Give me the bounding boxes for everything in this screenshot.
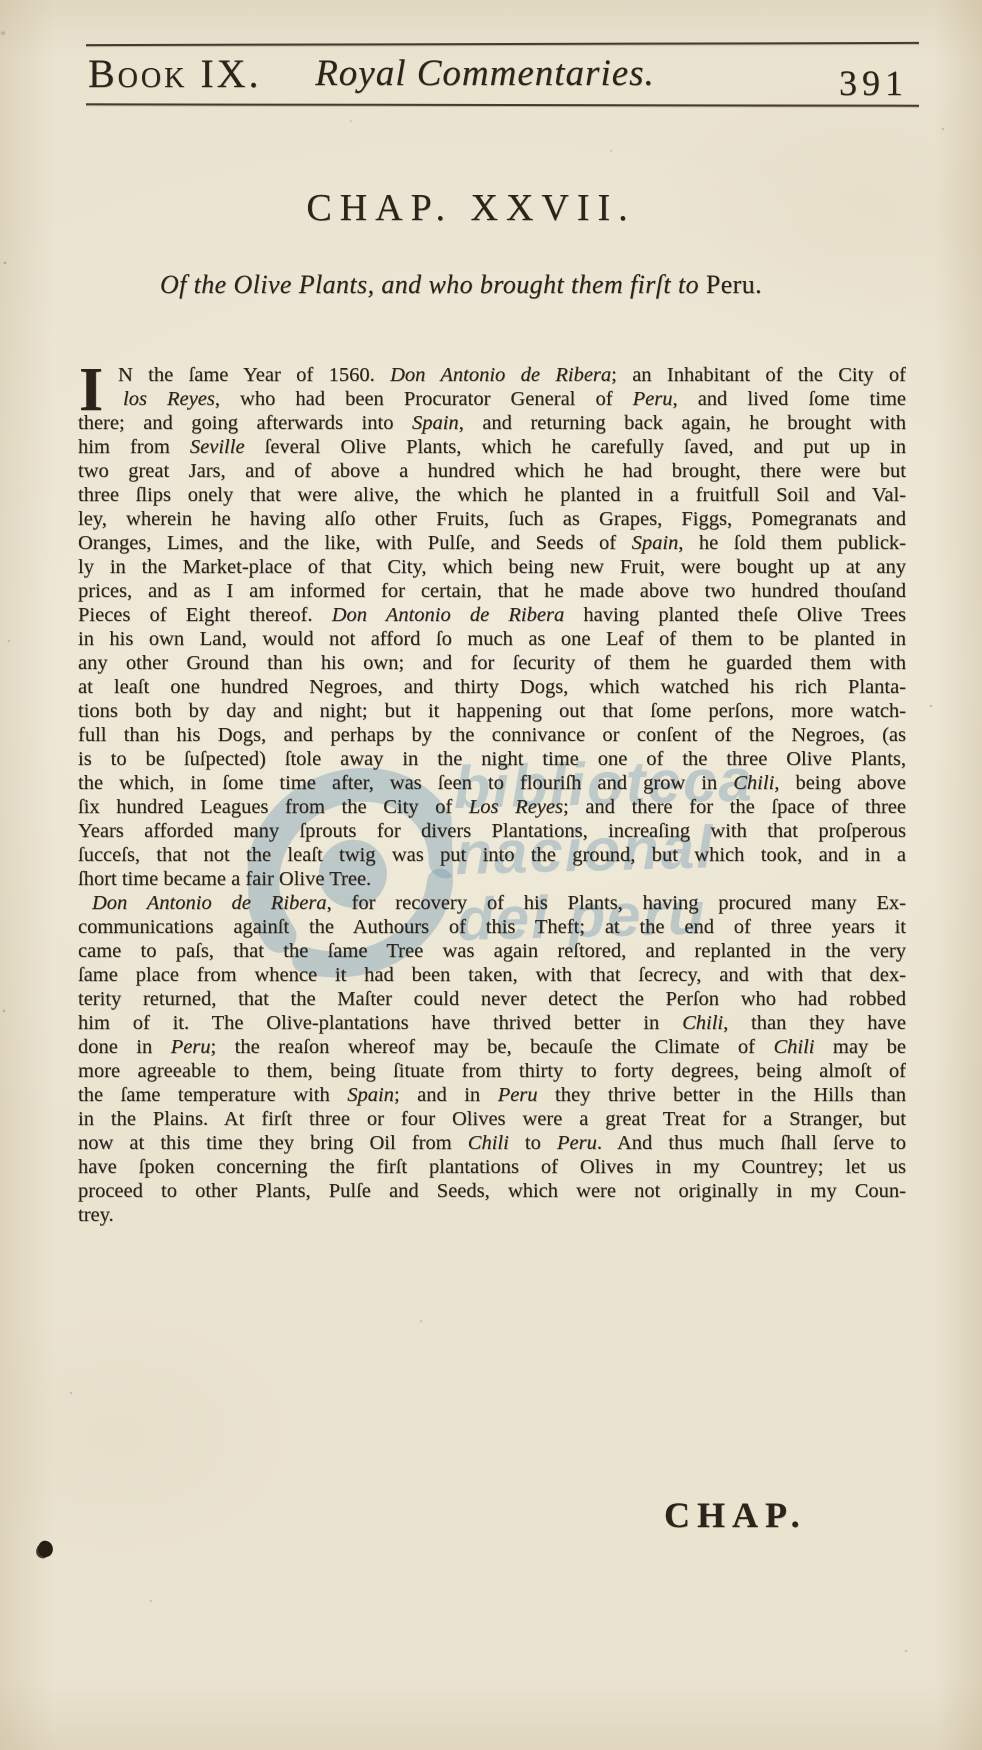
text-line: him from Seville ſeveral Olive Plants, w… xyxy=(78,435,906,459)
text-line: Pieces of Eight thereof. Don Antonio de … xyxy=(78,603,906,627)
text-segment: ; the reaſon whereof may be, becauſe the… xyxy=(211,1036,774,1058)
text-segment: at leaſt one hundred Negroes, and thirty… xyxy=(78,676,906,698)
text-line: the which, in ſome time after, was ſeen … xyxy=(78,771,906,795)
text-segment: done in xyxy=(78,1036,171,1058)
text-line: is to be ſuſpected) ſtole away in the ni… xyxy=(78,747,906,771)
ink-blot xyxy=(36,1539,55,1559)
text-segment: Spain xyxy=(412,412,459,434)
text-segment: Pieces of Eight thereof. xyxy=(78,604,332,626)
text-segment: , and lived ſome time xyxy=(673,388,907,410)
text-segment: , and returning back again, he brought w… xyxy=(459,412,906,434)
text-line: full than his Dogs, and perhaps by the c… xyxy=(78,723,906,747)
text-segment: full than his Dogs, and perhaps by the c… xyxy=(78,724,906,746)
text-segment: ; and there for the ſpace of three xyxy=(563,796,906,818)
header-rule-bottom xyxy=(86,103,919,106)
text-segment: Peru xyxy=(498,1084,538,1106)
text-segment: , he ſold them publick- xyxy=(678,532,906,554)
chapter-subtitle: Of the Olive Plants, and who brought the… xyxy=(0,270,952,300)
text-segment: . And thus much ſhall ſerve to xyxy=(597,1132,906,1154)
text-segment: may be xyxy=(814,1036,906,1058)
text-line: prices, and as I am informed for certain… xyxy=(78,579,906,603)
text-line: ſucceſs, that not the leaſt twig was put… xyxy=(78,843,906,867)
chapter-heading: CHAP. XXVII. xyxy=(0,186,962,230)
text-segment: , than they have xyxy=(723,1012,906,1034)
text-segment: , who had been Procurator General of xyxy=(215,388,633,410)
paragraph-2: Don Antonio de Ribera, for recovery of h… xyxy=(78,891,906,1227)
header-rule-top xyxy=(86,42,919,46)
text-segment: more agreeable to them, being ſituate fr… xyxy=(78,1060,906,1082)
text-line: Oranges, Limes, and the like, with Pulſe… xyxy=(78,531,906,555)
text-segment: the ſame temperature with xyxy=(78,1084,347,1106)
text-segment: Don Antonio de Ribera xyxy=(92,892,327,914)
text-segment: Seville xyxy=(190,436,245,458)
text-segment: Peru xyxy=(557,1132,597,1154)
text-segment: prices, and as I am informed for certain… xyxy=(78,580,906,602)
text-segment: three ſlips onely that were alive, the w… xyxy=(78,484,906,506)
text-segment: ſeveral Olive Plants, which he carefully… xyxy=(245,436,906,458)
page-number: 391 xyxy=(839,62,908,104)
text-line: Don Antonio de Ribera, for recovery of h… xyxy=(78,891,906,915)
text-line: ſix hundred Leagues from the City of Los… xyxy=(78,795,906,819)
text-segment: Spain xyxy=(347,1084,394,1106)
text-line: have ſpoken concerning the firſt plantat… xyxy=(78,1155,906,1179)
text-segment: Chili xyxy=(773,1036,814,1058)
text-segment: los Reyes xyxy=(123,388,215,410)
text-line: ly in the Market-place of that City, whi… xyxy=(78,555,906,579)
text-line: the ſame temperature with Spain; and in … xyxy=(78,1083,906,1107)
text-line: tions both by day and night; but it happ… xyxy=(78,699,906,723)
running-title: Royal Commentaries. xyxy=(0,52,976,95)
paper-specks xyxy=(0,0,2,2)
text-segment: communications againſt the Authours of t… xyxy=(78,916,906,938)
text-segment: tions both by day and night; but it happ… xyxy=(78,700,906,722)
text-segment: Los Reyes xyxy=(469,796,563,818)
text-segment: came to paſs, that the ſame Tree was aga… xyxy=(78,940,906,962)
text-segment: now at this time they bring Oil from xyxy=(78,1132,468,1154)
text-segment: ſame place from whence it had been taken… xyxy=(78,964,906,986)
text-segment: they thrive better in the Hills than xyxy=(538,1084,906,1106)
text-segment: trey. xyxy=(78,1204,114,1226)
text-segment: Years afforded many ſprouts for divers P… xyxy=(78,820,906,842)
text-segment: N the ſame Year of 1560. xyxy=(118,364,390,386)
text-segment: Chili xyxy=(468,1132,509,1154)
text-line: los Reyes, who had been Procurator Gener… xyxy=(78,387,906,411)
body-text: N the ſame Year of 1560. Don Antonio de … xyxy=(78,363,906,1227)
text-segment: ſucceſs, that not the leaſt twig was put… xyxy=(78,844,906,866)
text-segment: proceed to other Plants, Pulſe and Seeds… xyxy=(78,1180,906,1202)
text-segment: is to be ſuſpected) ſtole away in the ni… xyxy=(78,748,906,770)
text-segment: Peru xyxy=(633,388,673,410)
text-line: done in Peru; the reaſon whereof may be,… xyxy=(78,1035,906,1059)
text-segment: two great Jars, and of above a hundred w… xyxy=(78,460,906,482)
text-segment: in his own Land, would not afford ſo muc… xyxy=(78,628,906,650)
text-line: in his own Land, would not afford ſo muc… xyxy=(78,627,906,651)
text-segment: any other Ground than his own; and for ſ… xyxy=(78,652,906,674)
text-segment: to xyxy=(509,1132,557,1154)
text-line: now at this time they bring Oil from Chi… xyxy=(78,1131,906,1155)
text-segment: Peru xyxy=(171,1036,211,1058)
text-segment: ; and in xyxy=(394,1084,498,1106)
text-line: at leaſt one hundred Negroes, and thirty… xyxy=(78,675,906,699)
text-line: ley, wherein he having alſo other Fruits… xyxy=(78,507,906,531)
text-line: ſhort time became a fair Olive Tree. xyxy=(78,867,906,891)
book-page-scan: biblioteca nacional del peru Book IX. Ro… xyxy=(0,0,982,1750)
text-segment: having planted theſe Olive Trees xyxy=(564,604,906,626)
text-segment: have ſpoken concerning the firſt plantat… xyxy=(78,1156,906,1178)
text-segment: ; an Inhabitant of the City of xyxy=(611,364,906,386)
text-segment: him from xyxy=(78,436,190,458)
text-line: in the Plains. At firſt three or four Ol… xyxy=(78,1107,906,1131)
text-segment: Of the Olive Plants, and who brought the… xyxy=(160,270,706,299)
text-line: there; and going afterwards into Spain, … xyxy=(78,411,906,435)
text-segment: Chili xyxy=(733,772,774,794)
text-segment: Peru. xyxy=(706,270,762,299)
text-line: communications againſt the Authours of t… xyxy=(78,915,906,939)
drop-cap: I xyxy=(79,359,103,421)
text-segment: ſhort time became a fair Olive Tree. xyxy=(78,868,371,890)
text-segment: there; and going afterwards into xyxy=(78,412,412,434)
text-segment: ley, wherein he having alſo other Fruits… xyxy=(78,508,906,530)
text-line: Years afforded many ſprouts for divers P… xyxy=(78,819,906,843)
text-line: ſame place from whence it had been taken… xyxy=(78,963,906,987)
text-line: came to paſs, that the ſame Tree was aga… xyxy=(78,939,906,963)
text-segment: Oranges, Limes, and the like, with Pulſe… xyxy=(78,532,632,554)
text-line: any other Ground than his own; and for ſ… xyxy=(78,651,906,675)
text-line: terity returned, that the Maſter could n… xyxy=(78,987,906,1011)
text-segment: Don Antonio de Ribera xyxy=(390,364,611,386)
text-line: three ſlips onely that were alive, the w… xyxy=(78,483,906,507)
text-line: more agreeable to them, being ſituate fr… xyxy=(78,1059,906,1083)
text-line: trey. xyxy=(78,1203,906,1227)
text-segment: ſix hundred Leagues from the City of xyxy=(78,796,469,818)
text-segment: Spain xyxy=(632,532,679,554)
text-segment: the which, in ſome time after, was ſeen … xyxy=(78,772,733,794)
text-segment: in the Plains. At firſt three or four Ol… xyxy=(78,1108,906,1130)
text-segment: Chili xyxy=(682,1012,723,1034)
text-segment: him of it. The Olive-plantations have th… xyxy=(78,1012,682,1034)
text-line: him of it. The Olive-plantations have th… xyxy=(78,1011,906,1035)
text-line: N the ſame Year of 1560. Don Antonio de … xyxy=(78,363,906,387)
catchword: CHAP. xyxy=(664,1494,807,1536)
text-segment: , being above xyxy=(774,772,906,794)
text-segment: , for recovery of his Plants, having pro… xyxy=(327,892,906,914)
text-segment: Don Antonio de Ribera xyxy=(332,604,565,626)
text-line: two great Jars, and of above a hundred w… xyxy=(78,459,906,483)
text-line: proceed to other Plants, Pulſe and Seeds… xyxy=(78,1179,906,1203)
text-segment: ly in the Market-place of that City, whi… xyxy=(78,556,906,578)
paragraph-1: N the ſame Year of 1560. Don Antonio de … xyxy=(78,363,906,891)
text-segment: terity returned, that the Maſter could n… xyxy=(78,988,906,1010)
